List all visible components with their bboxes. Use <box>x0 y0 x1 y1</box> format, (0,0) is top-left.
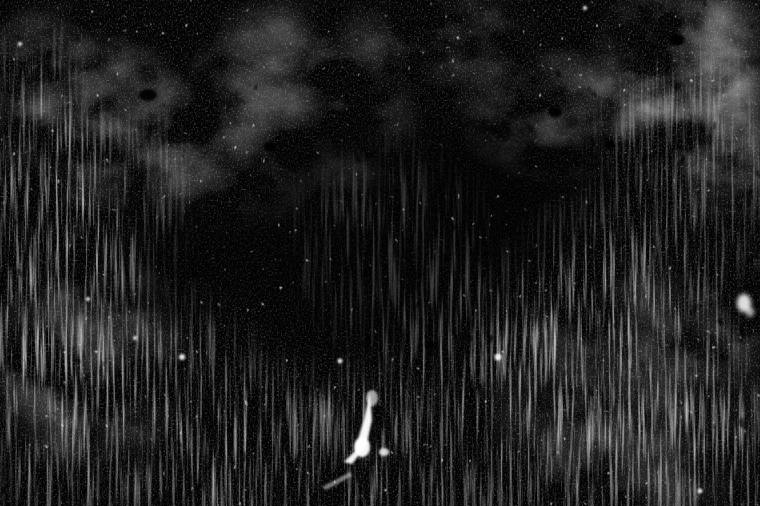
grunge-texture-image <box>0 0 760 506</box>
grunge-texture-svg <box>0 0 760 506</box>
texture-pits-layer <box>0 0 760 506</box>
